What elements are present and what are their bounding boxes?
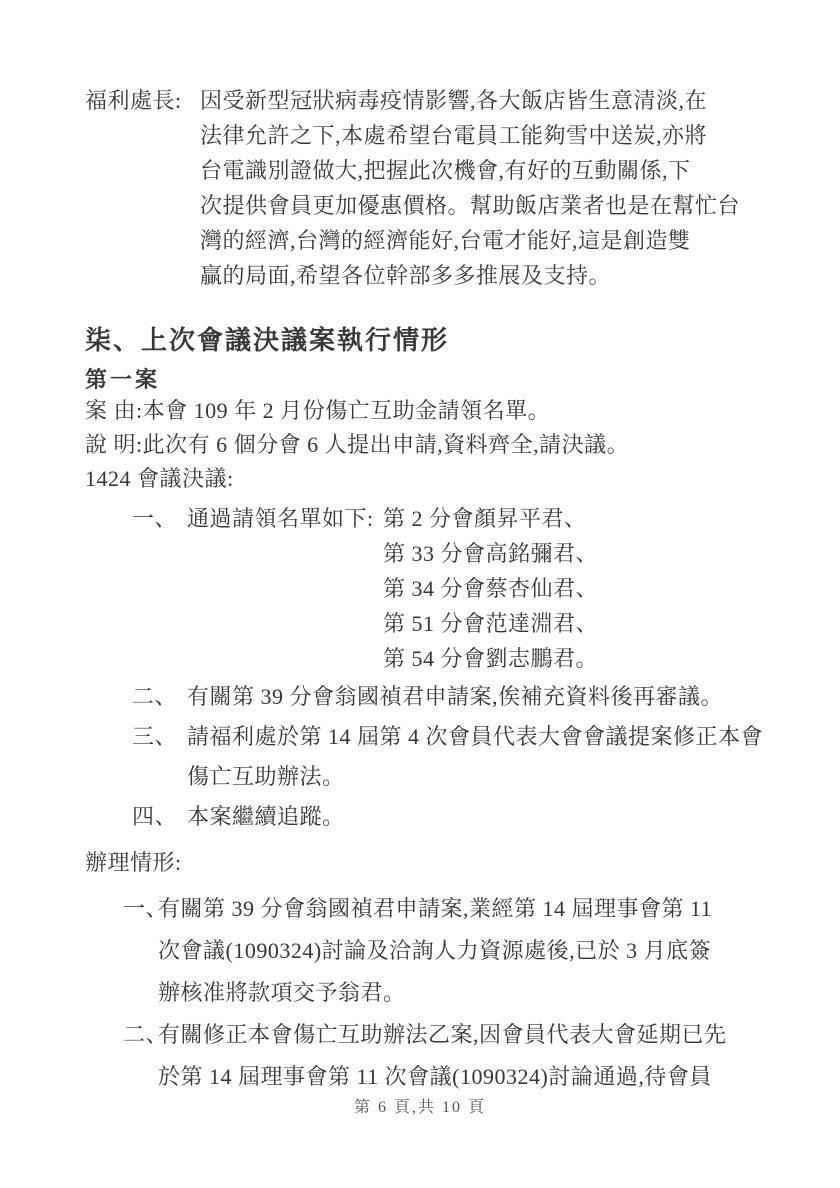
document-page: 福利處長: 因受新型冠狀病毒疫情影響,各大飯店皆生意清淡,在 法律允許之下,本處… bbox=[0, 0, 840, 1188]
resolution-text: 有關第 39 分會翁國禎君申請案,俟補充資料後再審議。 bbox=[187, 684, 723, 709]
resolution-heading: 1424 會議決議: bbox=[85, 462, 775, 496]
speech-line: 法律允許之下,本處希望台電員工能夠雪中送炭,亦將 bbox=[200, 118, 775, 153]
beneficiary-line: 第 34 分會蔡杏仙君、 bbox=[383, 571, 775, 606]
list-number: 一、 bbox=[132, 501, 187, 536]
resolution-item-3: 三、請福利處於第 14 屆第 4 次會員代表大會會議提案修正本會 bbox=[85, 717, 775, 757]
list-number: 三、 bbox=[132, 717, 187, 757]
followup-item-1: 一、有關第 39 分會翁國禎君申請案,業經第 14 屆理事會第 11 bbox=[85, 888, 775, 930]
resolution-item-4: 四、本案繼續追蹤。 bbox=[85, 797, 775, 837]
beneficiary-line: 第 51 分會范達淵君、 bbox=[383, 606, 775, 641]
case-description-line: 說 明:此次有 6 個分會 6 人提出申請,資料齊全,請決議。 bbox=[85, 428, 775, 462]
list-number: 二、 bbox=[123, 1014, 158, 1056]
speech-line: 因受新型冠狀病毒疫情影響,各大飯店皆生意清淡,在 bbox=[200, 83, 775, 118]
speech-line: 灣的經濟,台灣的經濟能好,台電才能好,這是創造雙 bbox=[200, 223, 775, 258]
page-number-footer: 第 6 頁,共 10 頁 bbox=[0, 1094, 840, 1117]
list-number: 一、 bbox=[123, 888, 158, 930]
followup-item-1-continuation: 辦核准將款項交予翁君。 bbox=[158, 972, 775, 1014]
followup-item-2-continuation: 於第 14 屆理事會第 11 次會議(1090324)討論通過,待會員 bbox=[158, 1056, 775, 1098]
speech-line: 台電識別證做大,把握此次機會,有好的互動關係,下 bbox=[200, 153, 775, 188]
list-number: 二、 bbox=[132, 677, 187, 717]
speech-line: 次提供會員更加優惠價格。幫助飯店業者也是在幫忙台 bbox=[200, 188, 775, 223]
followup-text: 有關修正本會傷亡互助辦法乙案,因會員代表大會延期已先 bbox=[158, 1022, 727, 1047]
page-content: 福利處長: 因受新型冠狀病毒疫情影響,各大飯店皆生意清淡,在 法律允許之下,本處… bbox=[85, 0, 775, 1098]
followup-label: 辦理情形: bbox=[85, 845, 775, 880]
case-title: 第一案 bbox=[85, 366, 775, 394]
section-heading: 柒、上次會議決議案執行情形 bbox=[85, 324, 775, 358]
followup-item-1-continuation: 次會議(1090324)討論及洽詢人力資源處後,已於 3 月底簽 bbox=[158, 930, 775, 972]
followup-item-2: 二、有關修正本會傷亡互助辦法乙案,因會員代表大會延期已先 bbox=[85, 1014, 775, 1056]
resolution-text: 本案繼續追蹤。 bbox=[187, 804, 345, 829]
beneficiary-line: 第 54 分會劉志鵬君。 bbox=[383, 641, 775, 676]
beneficiary-line: 第 2 分會顏昇平君、 bbox=[383, 506, 587, 531]
resolution-intro: 通過請領名單如下: bbox=[187, 501, 383, 536]
speaker-speech: 因受新型冠狀病毒疫情影響,各大飯店皆生意清淡,在 法律允許之下,本處希望台電員工… bbox=[200, 83, 775, 293]
speech-line: 贏的局面,希望各位幹部多多推展及支持。 bbox=[200, 258, 775, 293]
resolution-item-2: 二、有關第 39 分會翁國禎君申請案,俟補充資料後再審議。 bbox=[85, 677, 775, 717]
case-subject-line: 案 由:本會 109 年 2 月份傷亡互助金請領名單。 bbox=[85, 394, 775, 428]
speaker-paragraph: 福利處長: 因受新型冠狀病毒疫情影響,各大飯店皆生意清淡,在 法律允許之下,本處… bbox=[85, 83, 775, 293]
resolution-item-1: 一、通過請領名單如下: 第 2 分會顏昇平君、 bbox=[85, 501, 775, 536]
resolution-item-3-continuation: 傷亡互助辦法。 bbox=[187, 757, 775, 797]
speaker-label: 福利處長: bbox=[85, 83, 200, 293]
resolution-text: 請福利處於第 14 屆第 4 次會員代表大會會議提案修正本會 bbox=[187, 724, 763, 749]
followup-text: 有關第 39 分會翁國禎君申請案,業經第 14 屆理事會第 11 bbox=[158, 896, 712, 921]
beneficiary-line: 第 33 分會高銘彌君、 bbox=[383, 536, 775, 571]
list-number: 四、 bbox=[132, 797, 187, 837]
